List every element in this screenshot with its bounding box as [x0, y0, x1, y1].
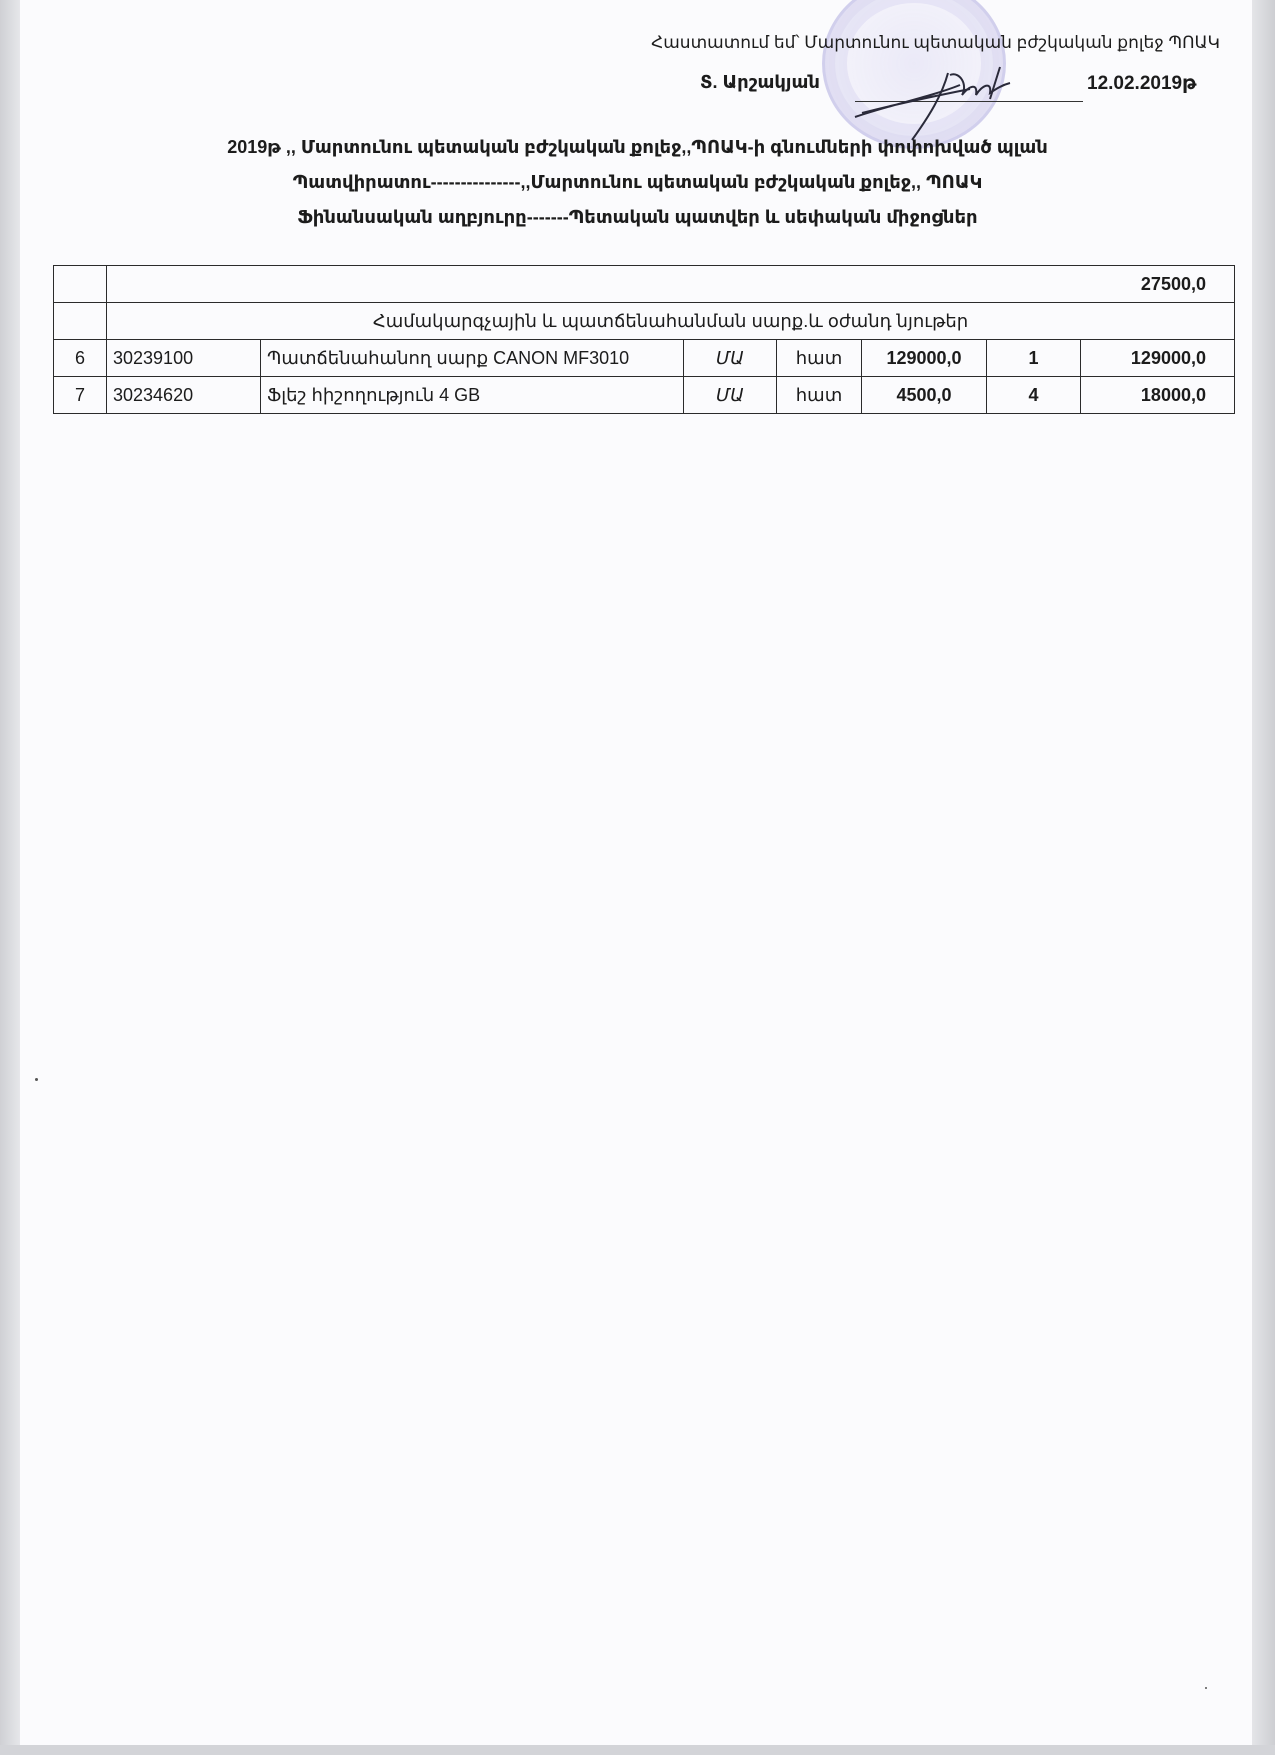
funding-line: Ֆինանսական աղբյուրը-------Պետական պատվեր…	[0, 207, 1275, 228]
item-name: Ֆլեշ հիշողություն 4 GB	[261, 377, 684, 414]
approval-line: Հաստատում եմ՝ Մարտունու պետական բժշկական…	[651, 33, 1220, 53]
unit-price: 4500,0	[862, 377, 987, 414]
subtotal-no-cell	[54, 266, 107, 303]
section-no-cell	[54, 303, 107, 340]
signature-icon	[850, 55, 1050, 145]
scan-bottom-margin	[0, 1745, 1275, 1755]
row-number: 7	[54, 377, 107, 414]
row-number: 6	[54, 340, 107, 377]
plan-title: 2019թ ,, Մարտունու պետական բժշկական քոլե…	[0, 137, 1275, 158]
unit: հատ	[777, 377, 862, 414]
subtotal-amount: 27500,0	[107, 266, 1235, 303]
scan-speck	[35, 1078, 38, 1081]
approval-date: 12.02.2019թ	[1087, 72, 1196, 95]
table-row: 6 30239100 Պատճենահանող սարք CANON MF301…	[54, 340, 1235, 377]
unit: հատ	[777, 340, 862, 377]
scan-left-margin	[0, 0, 20, 1755]
signer-name: Տ. Արշակյան	[700, 72, 820, 93]
cpv-code: 30239100	[107, 340, 261, 377]
procurement-procedure: ՄԱ	[684, 340, 777, 377]
line-total: 18000,0	[1081, 377, 1235, 414]
scan-speck	[1205, 1687, 1207, 1689]
procurement-procedure: ՄԱ	[684, 377, 777, 414]
quantity: 1	[987, 340, 1081, 377]
item-name: Պատճենահանող սարք CANON MF3010	[261, 340, 684, 377]
customer-line: Պատվիրատու---------------,,Մարտունու պետ…	[0, 172, 1275, 193]
quantity: 4	[987, 377, 1081, 414]
document-page	[20, 0, 1252, 1745]
table-row: 7 30234620 Ֆլեշ հիշողություն 4 GB ՄԱ հատ…	[54, 377, 1235, 414]
scan-right-margin	[1252, 0, 1275, 1755]
cpv-code: 30234620	[107, 377, 261, 414]
procurement-table: 27500,0 Համակարգչային և պատճենահանման սա…	[53, 265, 1235, 414]
subtotal-row: 27500,0	[54, 266, 1235, 303]
unit-price: 129000,0	[862, 340, 987, 377]
section-header-row: Համակարգչային և պատճենահանման սարք.և օժա…	[54, 303, 1235, 340]
section-title: Համակարգչային և պատճենահանման սարք.և օժա…	[107, 303, 1235, 340]
line-total: 129000,0	[1081, 340, 1235, 377]
